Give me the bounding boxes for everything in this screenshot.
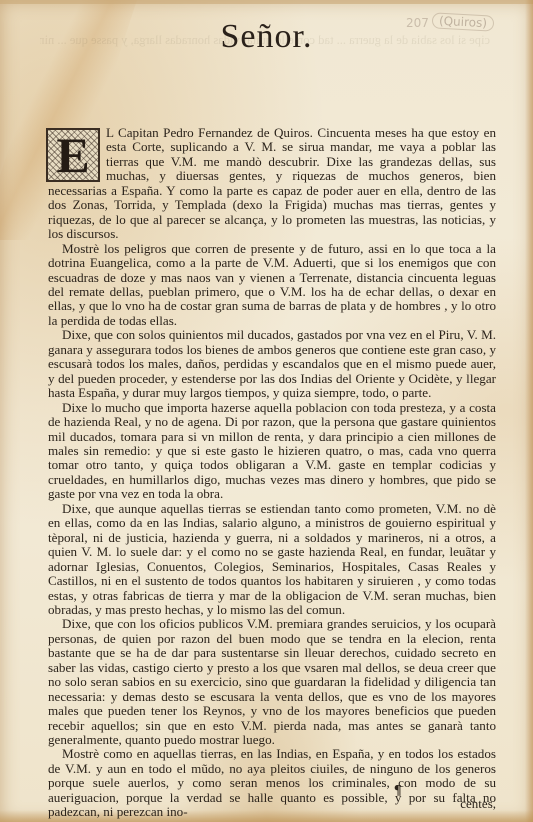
paragraph-6: Dixe, que con los oficios publicos V.M. … [48, 617, 496, 747]
page-edge-right [525, 0, 533, 822]
pilcrow-icon: ¶ [394, 783, 402, 799]
drop-cap-letter: E [48, 128, 98, 182]
catchword: centes, [460, 796, 496, 812]
page-title: Señor. [0, 18, 533, 56]
paragraph-2: Mostrè los peligros que corren de presen… [48, 242, 496, 329]
paragraph-5: Dixe, que aunque aquellas tierras se est… [48, 502, 496, 618]
paragraph-1: EL Capitan Pedro Fernandez de Quiros. Ci… [48, 126, 496, 242]
document-page: cipe si los sabia de la guerra ... tad c… [0, 0, 533, 822]
page-edge-top [0, 0, 533, 4]
paragraph-text: L Capitan Pedro Fernandez de Quiros. Cin… [48, 125, 496, 241]
decorated-initial: E [46, 128, 100, 182]
paragraph-3: Dixe, que con solos quinientos mil ducad… [48, 328, 496, 400]
body-text: EL Capitan Pedro Fernandez de Quiros. Ci… [48, 126, 496, 820]
paragraph-4: Dixe lo mucho que importa hazerse aquell… [48, 401, 496, 502]
catchword-row: ¶ centes, [48, 796, 496, 812]
